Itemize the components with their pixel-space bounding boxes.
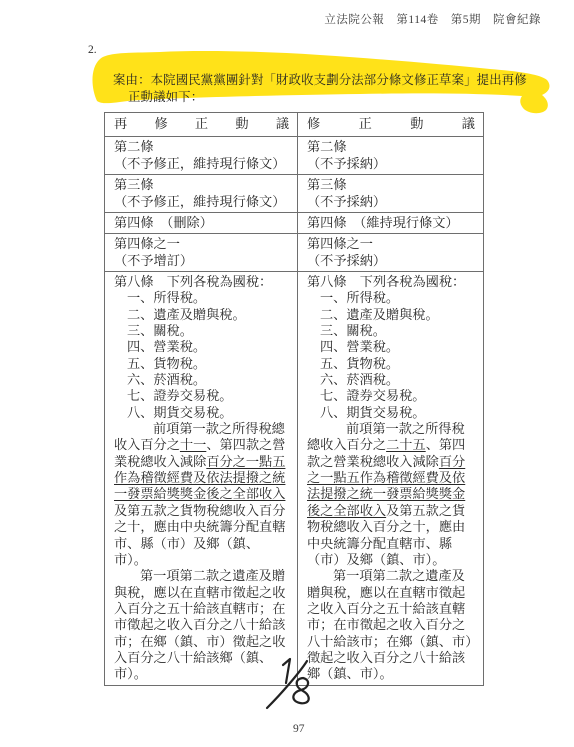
- case-description: 案由：本院國民黨黨團針對「財政收支劃分法部分條文修正草案」提出再修 正動議如下：: [113, 72, 527, 106]
- header-left-label: 再修正動議: [114, 115, 289, 132]
- article8-paragraph-1: 前項第一款之所得稅總收入百分之十一、第四款之營業稅總收入減除百分之一點五作為稽徵…: [114, 421, 289, 568]
- handwritten-digit-8: [293, 678, 308, 703]
- header-cell-left: 再修正動議: [105, 113, 298, 137]
- header-cell-right: 修正動議: [298, 113, 484, 137]
- cell-article3-right: 第三條（不予採納）: [298, 175, 484, 213]
- table-row: 第四條 （刪除） 第四條 （維持現行條文）: [105, 213, 484, 234]
- gazette-header: 立法院公報 第114卷 第5期 院會紀錄: [324, 11, 541, 27]
- cell-article8-right: 第八條 下列各稅為國稅： 一、所得稅。二、遺產及贈與稅。三、關稅。四、營業稅。五…: [298, 272, 484, 686]
- case-line-1: 案由：本院國民黨黨團針對「財政收支劃分法部分條文修正草案」提出再修: [113, 72, 527, 89]
- cell-article4-left: 第四條 （刪除）: [105, 213, 298, 234]
- cell-article4-1-right: 第四條之一（不予採納）: [298, 234, 484, 272]
- cell-article3-left: 第三條（不予修正，維持現行條文）: [105, 175, 298, 213]
- article8-tax-list: 一、所得稅。二、遺產及贈與稅。三、關稅。四、營業稅。五、貨物稅。六、菸酒稅。七、…: [307, 290, 475, 421]
- handwritten-slash: [267, 661, 307, 708]
- case-line-2: 正動議如下：: [128, 89, 527, 106]
- cell-article4-1-left: 第四條之一（不予增訂）: [105, 234, 298, 272]
- item-number: 2.: [88, 44, 97, 56]
- table-row-article8: 第八條 下列各稅為國稅： 一、所得稅。二、遺產及贈與稅。三、關稅。四、營業稅。五…: [105, 272, 484, 686]
- table-row: 第三條（不予修正，維持現行條文） 第三條（不予採納）: [105, 175, 484, 213]
- article8-paragraph-1: 前項第一款之所得稅總收入百分之二十五、第四款之營業稅總收入減除百分之一點五作為稽…: [307, 421, 475, 568]
- cell-article8-left: 第八條 下列各稅為國稅： 一、所得稅。二、遺產及贈與稅。三、關稅。四、營業稅。五…: [105, 272, 298, 686]
- handwritten-digit-1: [283, 659, 290, 683]
- article8-tax-list: 一、所得稅。二、遺產及贈與稅。三、關稅。四、營業稅。五、貨物稅。六、菸酒稅。七、…: [114, 290, 289, 421]
- gazette-page: 立法院公報 第114卷 第5期 院會紀錄 2. 案由：本院國民黨黨團針對「財政收…: [0, 0, 574, 747]
- handwritten-note-1-8: [258, 656, 320, 714]
- cell-article2-right: 第二條（不予採納）: [298, 137, 484, 175]
- motion-comparison-table: 再修正動議 修正動議 第二條（不予修正，維持現行條文） 第二條（不予採納） 第三…: [104, 112, 484, 686]
- article8-heading: 第八條 下列各稅為國稅：: [307, 274, 475, 290]
- cell-article2-left: 第二條（不予修正，維持現行條文）: [105, 137, 298, 175]
- article8-heading: 第八條 下列各稅為國稅：: [114, 274, 289, 290]
- table-row: 第四條之一（不予增訂） 第四條之一（不予採納）: [105, 234, 484, 272]
- header-right-label: 修正動議: [307, 115, 475, 132]
- table-row: 第二條（不予修正，維持現行條文） 第二條（不予採納）: [105, 137, 484, 175]
- cell-article4-right: 第四條 （維持現行條文）: [298, 213, 484, 234]
- table-header-row: 再修正動議 修正動議: [105, 113, 484, 137]
- article8-paragraph-2: 第一項第二款之遺產及贈與稅，應以在直轄市徵起之收入百分之五十給該直轄市；在市徵起…: [307, 568, 475, 682]
- page-number: 97: [293, 723, 305, 735]
